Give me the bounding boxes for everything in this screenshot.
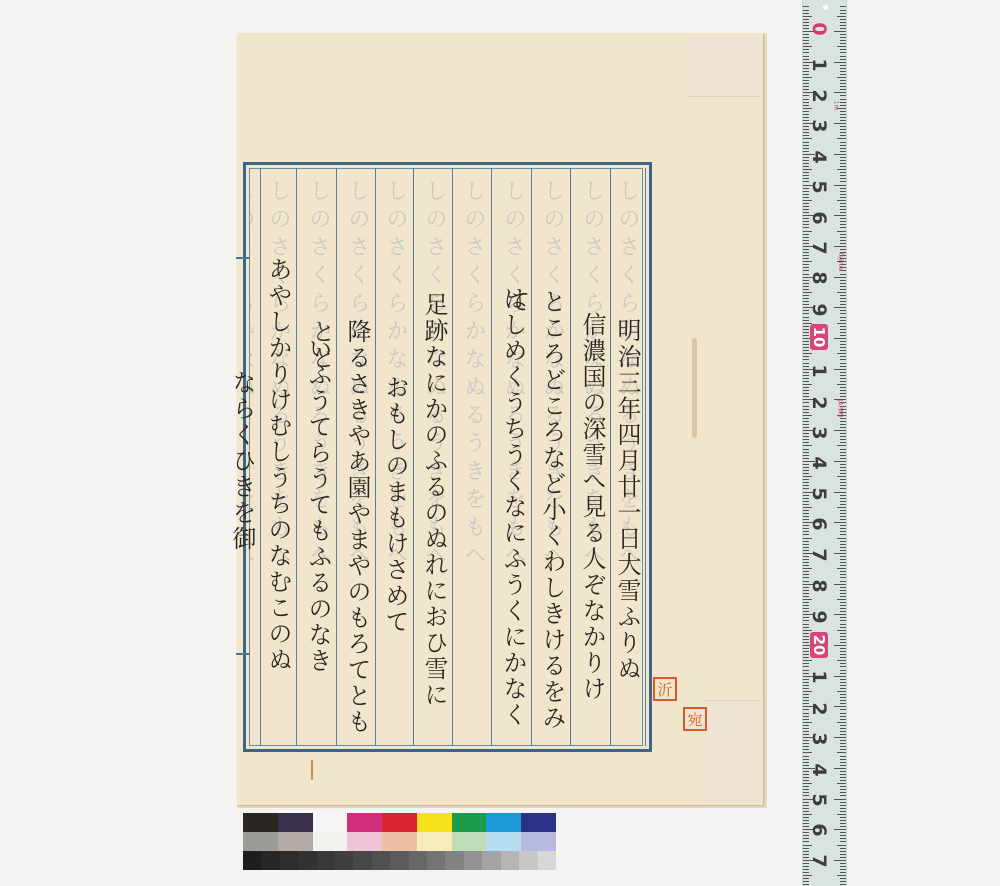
color-swatch [347, 832, 382, 851]
ruler-tick [803, 261, 812, 262]
ruler-tick [803, 46, 812, 47]
frame-side-tick [236, 257, 250, 259]
ruler-tick [834, 522, 846, 523]
ruler-tick [803, 633, 809, 634]
color-swatch [464, 851, 482, 870]
ruler-tick [840, 734, 846, 735]
ruler-number: 9 [808, 605, 830, 629]
color-swatch [452, 813, 487, 832]
ruler-tick [840, 559, 846, 560]
ruler-number: 8 [808, 266, 830, 290]
ruler-tick [840, 132, 846, 133]
ruler-tick [840, 740, 846, 741]
ruler-tick [837, 138, 846, 139]
ruler-tick [840, 172, 846, 173]
color-swatch [313, 832, 348, 851]
ruler-tick [840, 808, 846, 809]
ruler-tick [837, 691, 846, 692]
ruler-tick [834, 307, 846, 308]
ruler-tick [840, 786, 846, 787]
ruler-tick [840, 209, 846, 210]
ruler-tick [840, 789, 846, 790]
ruler-tick [840, 636, 846, 637]
ruler-tick [803, 630, 812, 631]
ruler-tick [803, 329, 809, 330]
ruler-annotation: Tajima [837, 252, 844, 271]
ruler-tick [840, 654, 846, 655]
ruler-tick [840, 65, 846, 66]
ruler-tick [803, 694, 809, 695]
ruler-tick [840, 442, 846, 443]
text-column: しのさくらかなぬるうきをもへおもしのまもけさめて [375, 179, 413, 735]
ruler-tick [840, 95, 846, 96]
ruler-tick [803, 648, 809, 649]
ruler-tick [834, 277, 846, 278]
ruler-number: 1 [808, 53, 830, 77]
ruler-tick [840, 157, 846, 158]
ruler-number: 0 [808, 17, 830, 41]
ruler-tick [840, 673, 846, 674]
ruler-tick [840, 694, 846, 695]
ruler-tick [840, 304, 846, 305]
color-swatch [521, 832, 556, 851]
ruler-tick [840, 565, 846, 566]
ruler-tick [840, 37, 846, 38]
ruler-number: 2 [808, 84, 830, 108]
ruler-tick [840, 301, 846, 302]
ruler-tick [803, 353, 812, 354]
color-swatch [243, 851, 261, 870]
ruler-tick [803, 449, 809, 450]
ruler-tick [834, 829, 846, 830]
ruler-number: 6 [808, 512, 830, 536]
color-swatch [298, 851, 316, 870]
ruler-tick [840, 347, 846, 348]
color-chart-gray-row [243, 851, 556, 870]
color-swatch [382, 832, 417, 851]
ruler-tick [840, 129, 846, 130]
ruler-tick [803, 295, 809, 296]
ruler-tick [840, 439, 846, 440]
text-column: しのさくらかなぬるうきをもへ信濃国の深雪へ見る人ぞなかりけ [570, 179, 610, 735]
ruler-number: 3 [808, 727, 830, 751]
ruler-tick [834, 461, 846, 462]
ruler-tick [803, 341, 809, 342]
ruler-tick [840, 528, 846, 529]
ruler-tick [840, 310, 846, 311]
ruler-tick [840, 396, 846, 397]
ruler-tick [840, 274, 846, 275]
ruler-number: 8 [808, 574, 830, 598]
ruler-number: 9 [808, 298, 830, 322]
column-text: ならくひきを御 [224, 370, 260, 552]
ruler-tick [840, 547, 846, 548]
ruler-tick [840, 320, 846, 321]
ruler-number: 1 [808, 665, 830, 689]
ruler-tick [840, 10, 846, 11]
ruler-annotation: 1m [832, 101, 839, 111]
ruler-tick [840, 363, 846, 364]
ruler-tick [840, 80, 846, 81]
ruler-tick [840, 633, 846, 634]
ruler-tick [803, 884, 809, 885]
ruler-tick [840, 749, 846, 750]
ruler-tick [840, 777, 846, 778]
ruler-tick [837, 200, 846, 201]
color-swatch [243, 813, 278, 832]
ruler-tick [840, 117, 846, 118]
ruler-tick [840, 541, 846, 542]
ruler-tick [840, 234, 846, 235]
ruler-tick [834, 706, 846, 707]
column-text: いふうてらうてもふるのなき [300, 336, 336, 674]
ruler-tick [840, 519, 846, 520]
ruler-tick [803, 344, 809, 345]
ruler-tick [840, 289, 846, 290]
ruler-tick [803, 138, 812, 139]
ruler-tick [834, 553, 846, 554]
color-swatch [445, 851, 463, 870]
ruler-tick [840, 344, 846, 345]
color-swatch [486, 813, 521, 832]
ruler-tick [840, 378, 846, 379]
ruler-tick [840, 820, 846, 821]
ruler-tick [840, 99, 846, 100]
ruler-tick [840, 571, 846, 572]
ruler-tick [837, 507, 846, 508]
ruler-tick [840, 639, 846, 640]
ruler-tick [840, 608, 846, 609]
binding-slit [692, 338, 697, 438]
ruler-number: 3 [808, 421, 830, 445]
column-text: はしめくうちうくなにふうくにかなく [495, 286, 531, 728]
ruler-tick [840, 642, 846, 643]
text-column: しのさくらかなぬるうきをもへならくひきを御 [249, 179, 260, 735]
ruler-tick [840, 145, 846, 146]
ruler-tick [840, 513, 846, 514]
ruler-tick [840, 534, 846, 535]
ruler-tick [803, 326, 809, 327]
ruler-tick [840, 40, 846, 41]
column-text: 明治三年四月廿一日大雪ふりぬ [609, 318, 645, 682]
ruler-tick [840, 375, 846, 376]
ruler-tick [840, 83, 846, 84]
ruler-tick [803, 538, 812, 539]
ruler-tick [803, 756, 809, 757]
color-swatch [335, 851, 353, 870]
ruled-frame: しのさくらかなぬるうきをもへ明治三年四月廿一日大雪ふりぬしのさくらかなぬるうきを… [243, 162, 652, 752]
color-calibration-chart [243, 813, 556, 870]
color-swatch [280, 851, 298, 870]
ruler-tick [840, 111, 846, 112]
text-column: しのさくらかなぬるうきをもへいふうてらうてもふるのなき [296, 179, 336, 735]
ruler-tick [840, 105, 846, 106]
ruler-tick [840, 857, 846, 858]
ruler-tick [840, 470, 846, 471]
text-column: しのさくらかなぬるうきをもへ [452, 179, 491, 735]
ruler-tick [840, 25, 846, 26]
ruler-hole [823, 5, 828, 10]
ruler-tick [840, 243, 846, 244]
ruler-tick [840, 743, 846, 744]
ruler-tick [840, 298, 846, 299]
ruler-tick [840, 574, 846, 575]
ruler-tick [837, 445, 846, 446]
color-swatch [519, 851, 537, 870]
ruler-tick [840, 436, 846, 437]
ruler-tick [834, 768, 846, 769]
ruler-tick [840, 670, 846, 671]
color-swatch [278, 832, 313, 851]
ruler-number: 6 [808, 818, 830, 842]
ruler-tick [803, 356, 809, 357]
ruler-tick [803, 639, 809, 640]
ruler-tick [803, 599, 812, 600]
ruler-tick [840, 19, 846, 20]
ruler-tick [834, 215, 846, 216]
color-swatch [417, 813, 452, 832]
ruler-tick [803, 10, 809, 11]
ruler-tick [840, 387, 846, 388]
ruler-tick [840, 728, 846, 729]
ruler-tick [837, 231, 846, 232]
ruler-tick [803, 200, 812, 201]
ruler-tick [803, 142, 809, 143]
ruler-tick [840, 602, 846, 603]
text-column: しのさくらかなぬるうきをもへ明治三年四月廿一日大雪ふりぬ [610, 179, 645, 735]
color-swatch [353, 851, 371, 870]
ruler-tick [840, 863, 846, 864]
ruler-annotation: JAPAN [836, 400, 843, 418]
ruler-tick [840, 329, 846, 330]
ruler-tick [840, 160, 846, 161]
ruler-tick [840, 479, 846, 480]
color-swatch [278, 813, 313, 832]
ruler-tick [840, 657, 846, 658]
ruler-tick [840, 206, 846, 207]
ruler-tick [840, 805, 846, 806]
ruler-tick [840, 700, 846, 701]
ruler-tick [840, 651, 846, 652]
ruler-tick [803, 13, 809, 14]
ruler-tick [840, 504, 846, 505]
ruler-tick [840, 774, 846, 775]
ruler-tick [840, 482, 846, 483]
column-text: 足跡なにかのふるのぬれにおひ雪に [416, 292, 452, 708]
ruler-number: 7 [808, 849, 830, 873]
ruler-tick [837, 568, 846, 569]
ruler-tick [840, 792, 846, 793]
ruler-tick [840, 332, 846, 333]
ruler-tick [803, 691, 812, 692]
ruler-tick [803, 418, 809, 419]
ruler-tick [840, 283, 846, 284]
ruler-tick [840, 802, 846, 803]
ruler-tick [840, 188, 846, 189]
ruler-tick [840, 286, 846, 287]
red-seal-stamp: 宛 [683, 707, 707, 731]
ruler-tick [840, 488, 846, 489]
ruler-tick [840, 596, 846, 597]
color-swatch [382, 813, 417, 832]
ruler-tick [803, 875, 812, 876]
ruler-tick [803, 445, 812, 446]
ruler-tick [840, 43, 846, 44]
color-swatch [538, 851, 556, 870]
ruler-tick [840, 452, 846, 453]
color-swatch [390, 851, 408, 870]
color-swatch [409, 851, 427, 870]
ruler-tick [803, 571, 809, 572]
ruler-tick [837, 660, 846, 661]
text-column: しのさくらかなぬるうきをもへ降るさきやあ園やまやのもろてともとと [336, 179, 375, 735]
ruler-tick [840, 544, 846, 545]
ruler-tick [803, 111, 809, 112]
ruler-tick [840, 13, 846, 14]
ruler-number: 4 [808, 451, 830, 475]
ruler-tick [834, 185, 846, 186]
ruler-tick [840, 28, 846, 29]
ruler-tick [840, 295, 846, 296]
ruler-number: 20 [810, 632, 828, 658]
ruler-tick [803, 657, 809, 658]
ruler-tick [803, 347, 809, 348]
color-chart-top-row [243, 813, 556, 832]
ruler-tick [840, 832, 846, 833]
ruler-tick [840, 759, 846, 760]
ruler-tick [803, 292, 812, 293]
color-swatch [347, 813, 382, 832]
ruler-tick [840, 163, 846, 164]
ruler-tick [803, 568, 812, 569]
ruler-tick [840, 666, 846, 667]
ruler-tick [837, 384, 846, 385]
ruler-tick [834, 676, 846, 677]
ruler-tick [834, 614, 846, 615]
ruler-number: 3 [808, 114, 830, 138]
ruler-tick [840, 835, 846, 836]
ruler-tick [837, 476, 846, 477]
ruler-tick [840, 848, 846, 849]
ruler-tick [834, 492, 846, 493]
ruler-tick [840, 359, 846, 360]
ruler-tick [834, 430, 846, 431]
ruler-tick [840, 59, 846, 60]
ruler-tick [840, 178, 846, 179]
ruler-tick [840, 240, 846, 241]
ruler-tick [840, 663, 846, 664]
ruler-tick [840, 421, 846, 422]
ruler-tick [840, 703, 846, 704]
ruler-tick [840, 817, 846, 818]
ruler-tick [803, 169, 812, 170]
ruler-tick [840, 562, 846, 563]
ruler-tick [840, 878, 846, 879]
ruler-tick [840, 719, 846, 720]
ruler-tick [840, 68, 846, 69]
ruler-tick [803, 172, 809, 173]
color-swatch [243, 832, 278, 851]
ruler-tick [840, 746, 846, 747]
ruler-tick [840, 424, 846, 425]
ruler-tick [837, 875, 846, 876]
ruler-tick [803, 845, 812, 846]
ruler-tick [840, 869, 846, 870]
ruler-tick [803, 642, 809, 643]
ruler-tick [840, 531, 846, 532]
ruler-tick [803, 387, 809, 388]
ruler-number: 7 [808, 543, 830, 567]
ruler-tick [840, 771, 846, 772]
ruler-tick [803, 602, 809, 603]
ruler-tick [837, 16, 846, 17]
ruler-number: 4 [808, 758, 830, 782]
ruler-tick [840, 89, 846, 90]
ruler-tick [803, 335, 809, 336]
ruler-tick [834, 860, 846, 861]
ruler-tick [834, 338, 846, 339]
paper-tab-bottom [703, 700, 761, 803]
ruler-tick [840, 685, 846, 686]
ruler-tick [803, 881, 809, 882]
ruler-tick [840, 390, 846, 391]
ruler-tick [840, 627, 846, 628]
ruler-tick [837, 752, 846, 753]
red-seal-stamp: 沂 [653, 677, 677, 701]
ruler-tick [840, 102, 846, 103]
ruler-tick [837, 46, 846, 47]
ruler-tick [834, 369, 846, 370]
ruler-number: 5 [808, 482, 830, 506]
ruler-tick [840, 725, 846, 726]
ruler-tick [834, 584, 846, 585]
ruler-tick [803, 660, 812, 661]
ruler-tick [840, 556, 846, 557]
ruler-tick [840, 381, 846, 382]
ruler-tick [840, 221, 846, 222]
ruler-tick [840, 197, 846, 198]
ruler-tick [837, 599, 846, 600]
ruler-tick [840, 587, 846, 588]
ruler-tick [840, 501, 846, 502]
ruler-number: 2 [808, 697, 830, 721]
ruler-tick [840, 418, 846, 419]
ruler-tick [803, 541, 809, 542]
column-text: あやしかりけむしうちのなむこのぬ [260, 257, 296, 673]
ruler-tick [837, 353, 846, 354]
ruler-tick [837, 814, 846, 815]
text-column: しのさくらかなぬるうきをもへあやしかりけむしうちのなむこのぬ [260, 179, 296, 735]
ruler-tick [840, 811, 846, 812]
ruler-tick [840, 731, 846, 732]
ruler-tick [803, 234, 809, 235]
ruler-tick [840, 495, 846, 496]
ruler-tick [840, 525, 846, 526]
ruler-tick [840, 510, 846, 511]
ruler-number: 7 [808, 236, 830, 260]
ruler-tick [837, 722, 846, 723]
ruler-tick [803, 384, 812, 385]
ruler-tick [840, 449, 846, 450]
ruler-tick [840, 713, 846, 714]
ruler-tick [840, 550, 846, 551]
ruler-tick [834, 154, 846, 155]
ruler-tick [840, 313, 846, 314]
ruler-tick [840, 203, 846, 204]
ruler-tick [840, 467, 846, 468]
ruler-tick [803, 80, 809, 81]
ruler-tick [840, 49, 846, 50]
